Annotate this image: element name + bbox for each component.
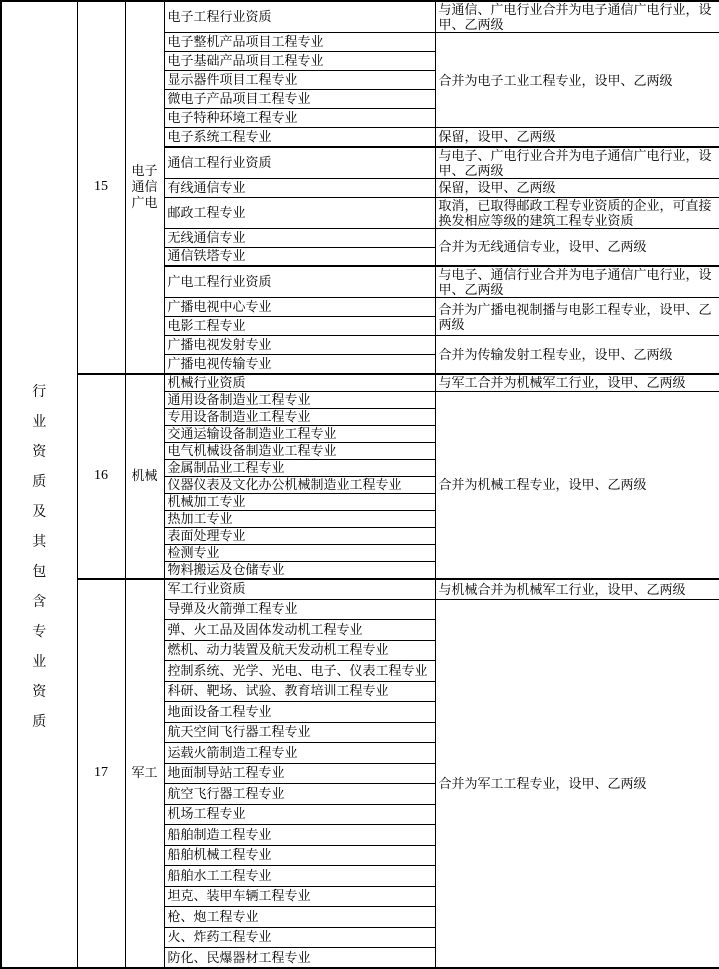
- remark-cell: 与军工合并为机械军工行业，设甲、乙两级: [435, 374, 719, 392]
- specialty-cell: 电子基础产品项目工程专业: [164, 52, 435, 71]
- remark-cell: 与通信、广电行业合并为电子通信广电行业，设甲、乙两级: [435, 1, 719, 33]
- specialty-cell: 坦克、装甲车辆工程专业: [164, 886, 435, 907]
- specialty-cell: 金属制品业工程专业: [164, 459, 435, 476]
- specialty-cell: 导弹及火箭弹工程专业: [164, 599, 435, 620]
- section-category-cell: 军工: [125, 579, 164, 969]
- specialty-cell: 邮政工程专业: [164, 197, 435, 228]
- specialty-cell: 地面制导站工程专业: [164, 763, 435, 784]
- specialty-cell: 机械行业资质: [164, 374, 435, 392]
- specialty-cell: 船舶水工工程专业: [164, 866, 435, 887]
- remark-cell: 合并为机械工程专业，设甲、乙两级: [435, 391, 719, 579]
- specialty-cell: 电子工程行业资质: [164, 1, 435, 33]
- specialty-cell: 电影工程专业: [164, 317, 435, 336]
- section-category-label: 军工: [130, 765, 160, 781]
- specialty-cell: 有线通信专业: [164, 178, 435, 197]
- remark-cell: 保留，设甲、乙两级: [435, 178, 719, 197]
- table-row: 行业资质及其包含专业资质 15 电子通信广电 电子工程行业资质 与通信、广电行业…: [1, 1, 719, 33]
- specialty-cell: 通用设备制造业工程专业: [164, 391, 435, 408]
- specialty-cell: 地面设备工程专业: [164, 702, 435, 723]
- specialty-cell: 微电子产品项目工程专业: [164, 90, 435, 109]
- specialty-cell: 电子系统工程专业: [164, 128, 435, 147]
- specialty-cell: 科研、靶场、试验、教育培训工程专业: [164, 681, 435, 702]
- remark-cell: 合并为传输发射工程专业，设甲、乙两级: [435, 336, 719, 374]
- section-category-label: 机械: [130, 468, 160, 484]
- specialty-cell: 表面处理专业: [164, 527, 435, 544]
- section-category-cell: 电子通信广电: [125, 1, 164, 374]
- row-group-header-cell: 行业资质及其包含专业资质: [1, 1, 77, 968]
- remark-cell: 与机械合并为机械军工行业，设甲、乙两级: [435, 579, 719, 600]
- specialty-cell: 通信工程行业资质: [164, 147, 435, 179]
- remark-cell: 合并为军工工程专业，设甲、乙两级: [435, 599, 719, 968]
- specialty-cell: 物料搬运及仓储专业: [164, 561, 435, 579]
- specialty-cell: 显示器件项目工程专业: [164, 71, 435, 90]
- specialty-cell: 机械加工专业: [164, 493, 435, 510]
- specialty-cell: 广播电视传输专业: [164, 355, 435, 374]
- section-number-cell: 17: [77, 579, 125, 969]
- specialty-cell: 检测专业: [164, 544, 435, 561]
- specialty-cell: 广电工程行业资质: [164, 266, 435, 298]
- specialty-cell: 专用设备制造业工程专业: [164, 408, 435, 425]
- document-page: 行业资质及其包含专业资质 15 电子通信广电 电子工程行业资质 与通信、广电行业…: [0, 0, 719, 969]
- specialty-cell: 广播电视发射专业: [164, 336, 435, 355]
- section-number-cell: 15: [77, 1, 125, 374]
- specialty-cell: 电子特种环境工程专业: [164, 109, 435, 128]
- specialty-cell: 热加工专业: [164, 510, 435, 527]
- remark-cell: 取消，已取得邮政工程专业资质的企业，可直接换发相应等级的建筑工程专业资质: [435, 197, 719, 228]
- specialty-cell: 弹、火工品及固体发动机工程专业: [164, 620, 435, 641]
- remark-cell: 保留，设甲、乙两级: [435, 128, 719, 147]
- specialty-cell: 燃机、动力装置及航天发动机工程专业: [164, 640, 435, 661]
- specialty-cell: 电气机械设备制造业工程专业: [164, 442, 435, 459]
- specialty-cell: 机场工程专业: [164, 804, 435, 825]
- specialty-cell: 广播电视中心专业: [164, 298, 435, 317]
- specialty-cell: 船舶机械工程专业: [164, 845, 435, 866]
- remark-cell: 与电子、广电行业合并为电子通信广电行业，设甲、乙两级: [435, 147, 719, 179]
- specialty-cell: 通信铁塔专业: [164, 247, 435, 266]
- specialty-cell: 运载火箭制造工程专业: [164, 743, 435, 764]
- specialty-cell: 防化、民爆器材工程专业: [164, 948, 435, 969]
- specialty-cell: 火、炸药工程专业: [164, 927, 435, 948]
- specialty-cell: 枪、炮工程专业: [164, 907, 435, 928]
- specialty-cell: 控制系统、光学、光电、电子、仪表工程专业: [164, 661, 435, 682]
- section-category-cell: 机械: [125, 374, 164, 579]
- section-number-cell: 16: [77, 374, 125, 579]
- specialty-cell: 军工行业资质: [164, 579, 435, 600]
- remark-cell: 合并为电子工业工程专业，设甲、乙两级: [435, 33, 719, 128]
- table-row: 17 军工 军工行业资质 与机械合并为机械军工行业，设甲、乙两级: [1, 579, 719, 600]
- specialty-cell: 交通运输设备制造业工程专业: [164, 425, 435, 442]
- table-row: 16 机械 机械行业资质 与军工合并为机械军工行业，设甲、乙两级: [1, 374, 719, 392]
- remark-cell: 合并为广播电视制播与电影工程专业，设甲、乙两级: [435, 298, 719, 336]
- specialty-cell: 航空飞行器工程专业: [164, 784, 435, 805]
- section-category-label: 电子通信广电: [130, 163, 160, 211]
- specialty-cell: 航天空间飞行器工程专业: [164, 722, 435, 743]
- qualification-table: 行业资质及其包含专业资质 15 电子通信广电 电子工程行业资质 与通信、广电行业…: [0, 0, 719, 969]
- specialty-cell: 船舶制造工程专业: [164, 825, 435, 846]
- row-group-label: 行业资质及其包含专业资质: [31, 2, 47, 738]
- specialty-cell: 无线通信专业: [164, 228, 435, 247]
- specialty-cell: 电子整机产品项目工程专业: [164, 33, 435, 52]
- remark-cell: 合并为无线通信专业，设甲、乙两级: [435, 228, 719, 266]
- remark-cell: 与电子、通信行业合并为电子通信广电行业，设甲、乙两级: [435, 266, 719, 298]
- specialty-cell: 仪器仪表及文化办公机械制造业工程专业: [164, 476, 435, 493]
